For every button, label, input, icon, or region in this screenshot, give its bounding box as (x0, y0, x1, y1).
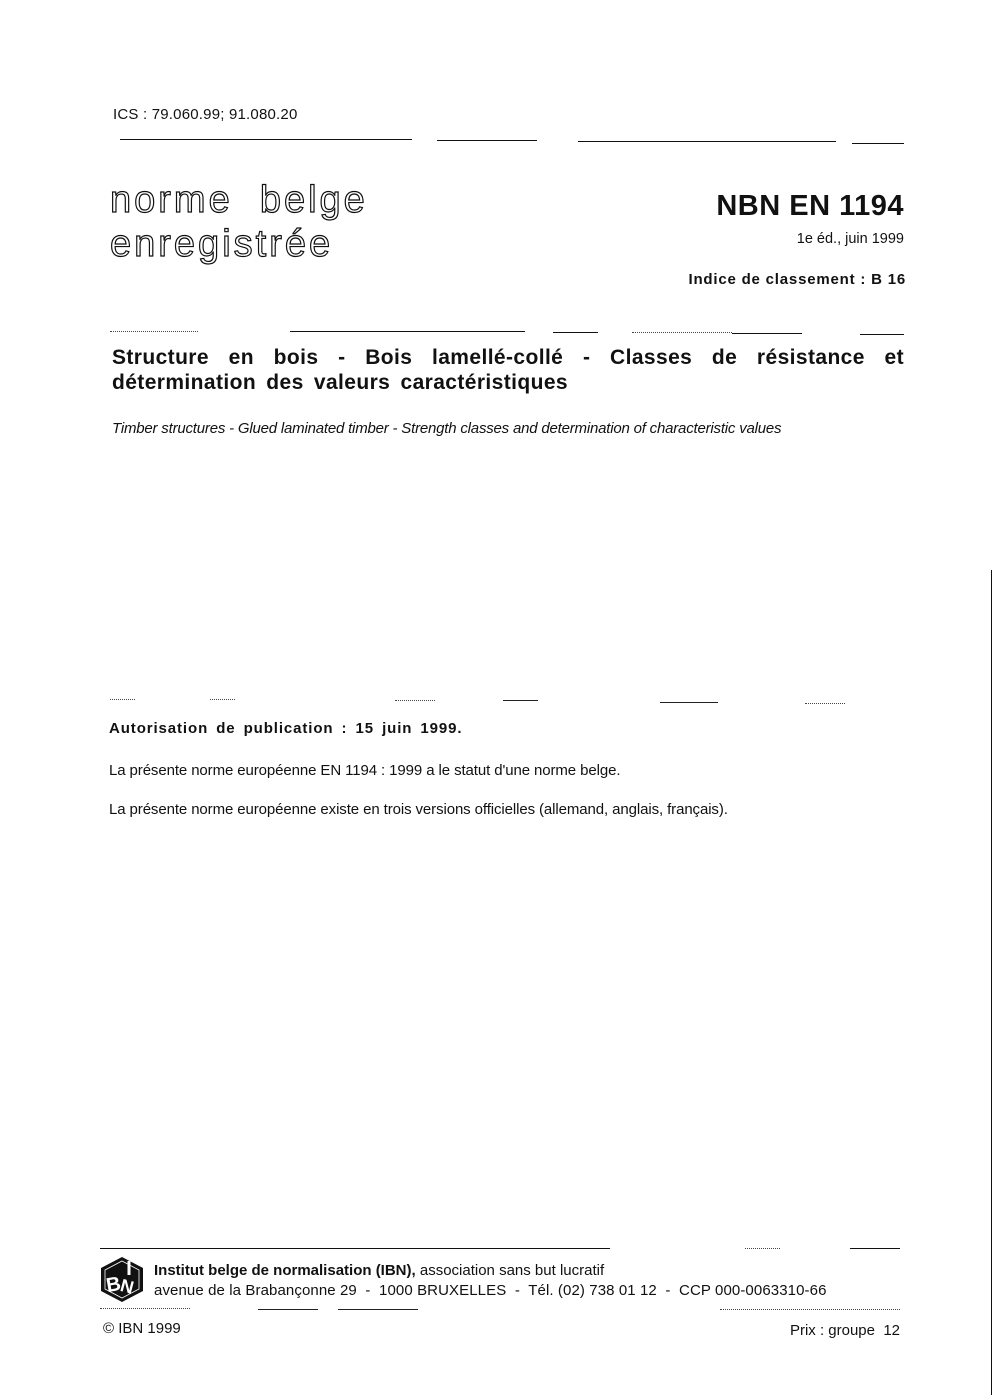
publication-authorization: Autorisation de publication : 15 juin 19… (109, 720, 462, 737)
title-divider (553, 332, 598, 333)
copyright-notice: © IBN 1999 (103, 1320, 181, 1337)
document-type-line-1: norme belge (110, 178, 368, 222)
document-title-french: Structure en bois - Bois lamellé-collé -… (112, 345, 904, 395)
header-divider (578, 141, 836, 142)
title-divider (110, 331, 198, 332)
title-divider (732, 333, 802, 334)
footer-divider (850, 1248, 900, 1249)
document-type-line-2: enregistrée (110, 222, 368, 266)
institute-name: Institut belge de normalisation (IBN), (154, 1262, 416, 1279)
header-divider (852, 143, 904, 144)
standard-number: NBN EN 1194 (716, 190, 904, 223)
footer-divider (338, 1309, 418, 1310)
institute-description: association sans but lucratif (416, 1262, 604, 1279)
edition-date: 1e éd., juin 1999 (797, 231, 904, 247)
title-divider (632, 332, 732, 333)
section-divider (503, 700, 538, 701)
section-divider (805, 703, 845, 704)
section-divider (210, 699, 235, 700)
footer-divider (100, 1248, 610, 1249)
section-divider (110, 699, 135, 700)
classification-index: Indice de classement : B 16 (688, 271, 906, 288)
document-type-title: norme belge enregistrée (110, 178, 368, 266)
footer-divider (100, 1308, 190, 1309)
authorization-label: Autorisation de publication (109, 720, 333, 737)
footer-divider (258, 1309, 318, 1310)
ics-codes: ICS : 79.060.99; 91.080.20 (113, 106, 298, 123)
institute-address: avenue de la Brabançonne 29 - 1000 BRUXE… (154, 1282, 827, 1299)
belgian-status-text: La présente norme européenne EN 1194 : 1… (109, 762, 620, 779)
authorization-separator: : (342, 720, 356, 737)
header-divider (120, 139, 412, 140)
institute-line: Institut belge de normalisation (IBN), a… (154, 1262, 604, 1279)
section-divider (395, 700, 435, 701)
header-divider (437, 140, 537, 141)
footer-divider (745, 1248, 780, 1249)
title-divider (290, 331, 525, 332)
authorization-date: 15 juin 1999. (356, 720, 463, 737)
footer-divider (720, 1309, 900, 1310)
ibn-logo-icon: B N (99, 1255, 145, 1303)
section-divider (660, 702, 718, 703)
document-title-english: Timber structures - Glued laminated timb… (112, 420, 781, 437)
price-group: Prix : groupe 12 (790, 1322, 900, 1339)
title-divider (860, 334, 904, 335)
official-versions-text: La présente norme européenne existe en t… (109, 801, 728, 818)
